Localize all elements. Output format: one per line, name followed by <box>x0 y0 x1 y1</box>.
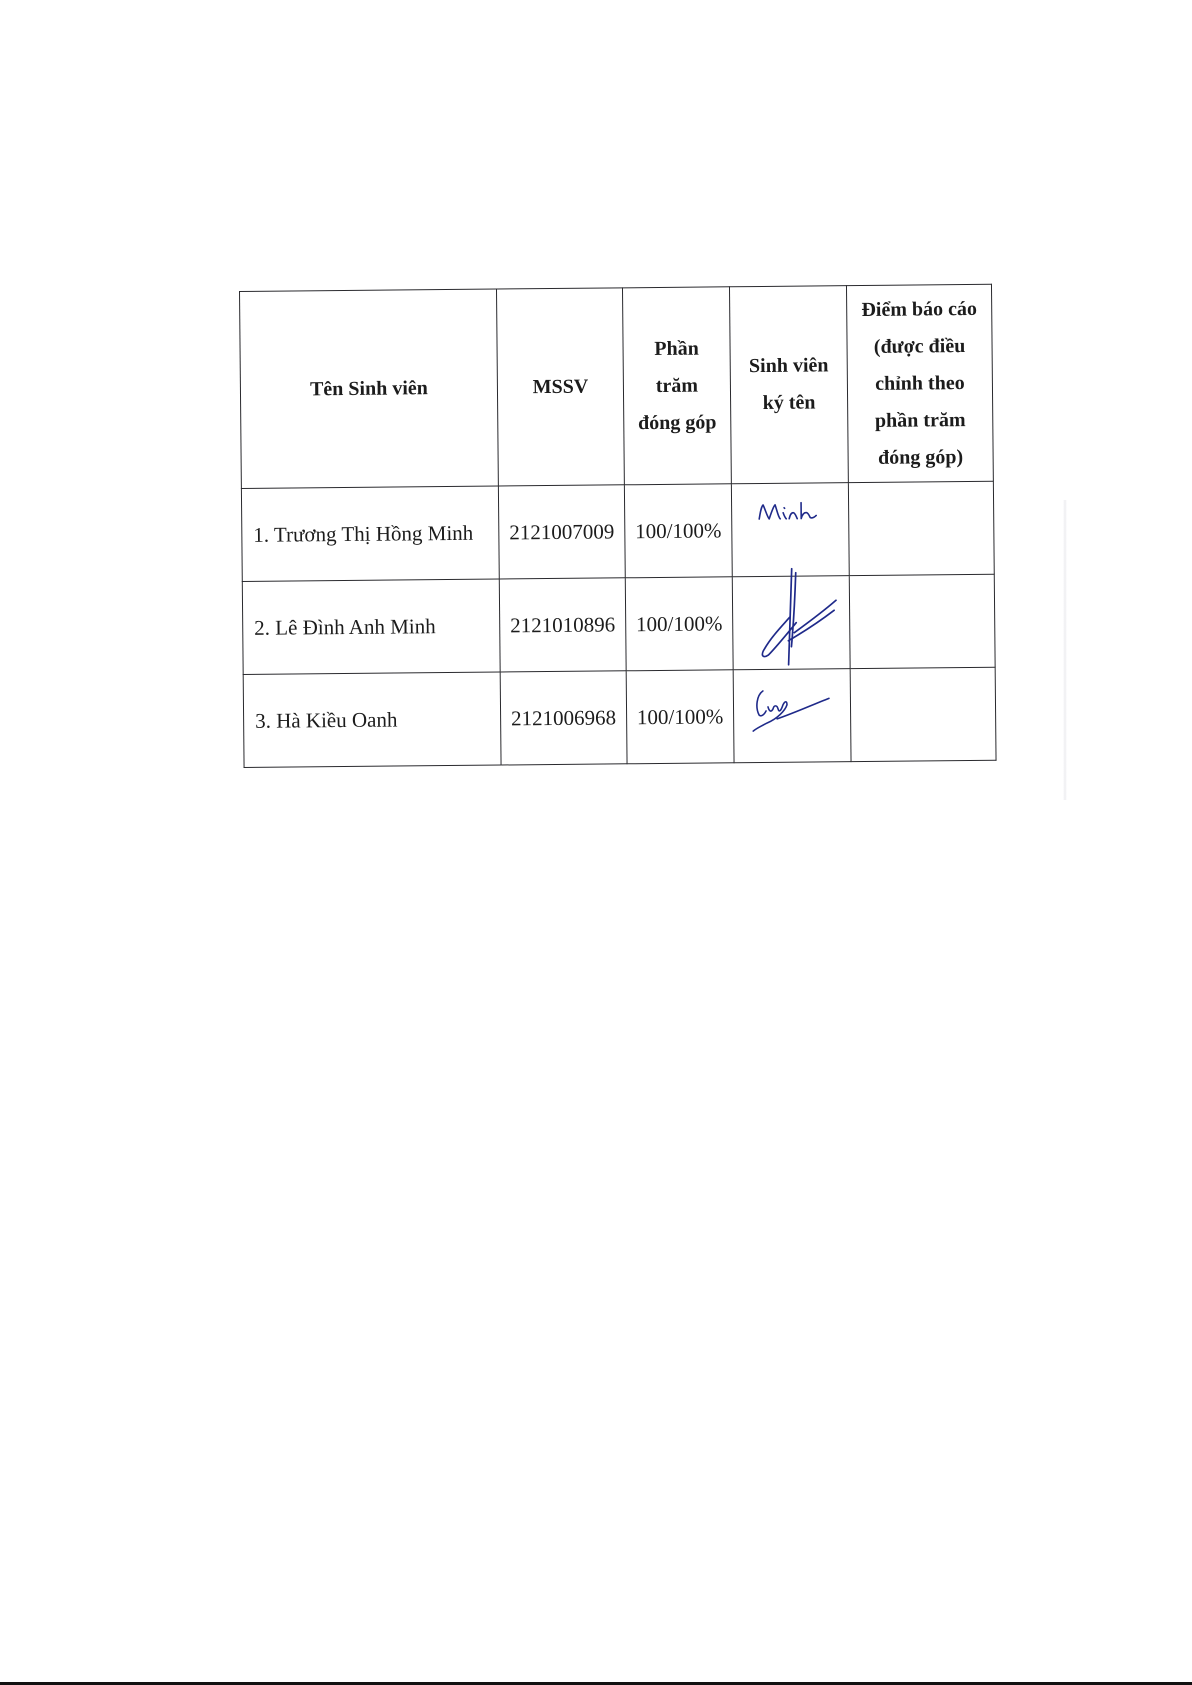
contribution-percent: 100/100% <box>624 484 732 578</box>
student-id: 2121010896 <box>499 578 626 672</box>
scan-shadow <box>1063 500 1067 800</box>
header-student-name: Tên Sinh viên <box>240 289 499 488</box>
header-student-id: MSSV <box>496 288 624 486</box>
student-name: 2. Lê Đình Anh Minh <box>242 579 500 674</box>
table-row: 1. Trương Thị Hồng Minh 2121007009 100/1… <box>241 481 994 581</box>
contribution-table-wrapper: Tên Sinh viên MSSV Phần trăm đóng góp Si… <box>239 284 997 768</box>
student-name: 1. Trương Thị Hồng Minh <box>241 486 499 581</box>
header-contribution-percent: Phần trăm đóng góp <box>622 287 731 485</box>
handwritten-signature-minh <box>735 484 846 575</box>
scanned-page: Tên Sinh viên MSSV Phần trăm đóng góp Si… <box>0 0 1192 1685</box>
header-report-score: Điểm báo cáo (được điều chỉnh theo phần … <box>846 284 993 482</box>
handwritten-signature-oanh <box>737 670 848 761</box>
report-score <box>848 481 994 575</box>
contribution-percent: 100/100% <box>626 670 734 764</box>
signature-cell <box>733 669 851 763</box>
table-header-row: Tên Sinh viên MSSV Phần trăm đóng góp Si… <box>240 284 994 488</box>
handwritten-signature-anh-minh <box>736 576 847 669</box>
student-id: 2121007009 <box>498 485 625 579</box>
contribution-percent: 100/100% <box>625 577 733 671</box>
student-id: 2121006968 <box>500 671 627 765</box>
table-row: 3. Hà Kiều Oanh 2121006968 100/100% <box>243 667 996 767</box>
report-score <box>850 667 996 761</box>
student-name: 3. Hà Kiều Oanh <box>243 672 501 767</box>
table-row: 2. Lê Đình Anh Minh 2121010896 100/100% <box>242 574 995 674</box>
signature-cell <box>731 483 849 577</box>
contribution-table: Tên Sinh viên MSSV Phần trăm đóng góp Si… <box>239 284 997 768</box>
header-signature: Sinh viên ký tên <box>729 286 848 484</box>
signature-cell <box>732 576 850 670</box>
report-score <box>849 574 995 668</box>
